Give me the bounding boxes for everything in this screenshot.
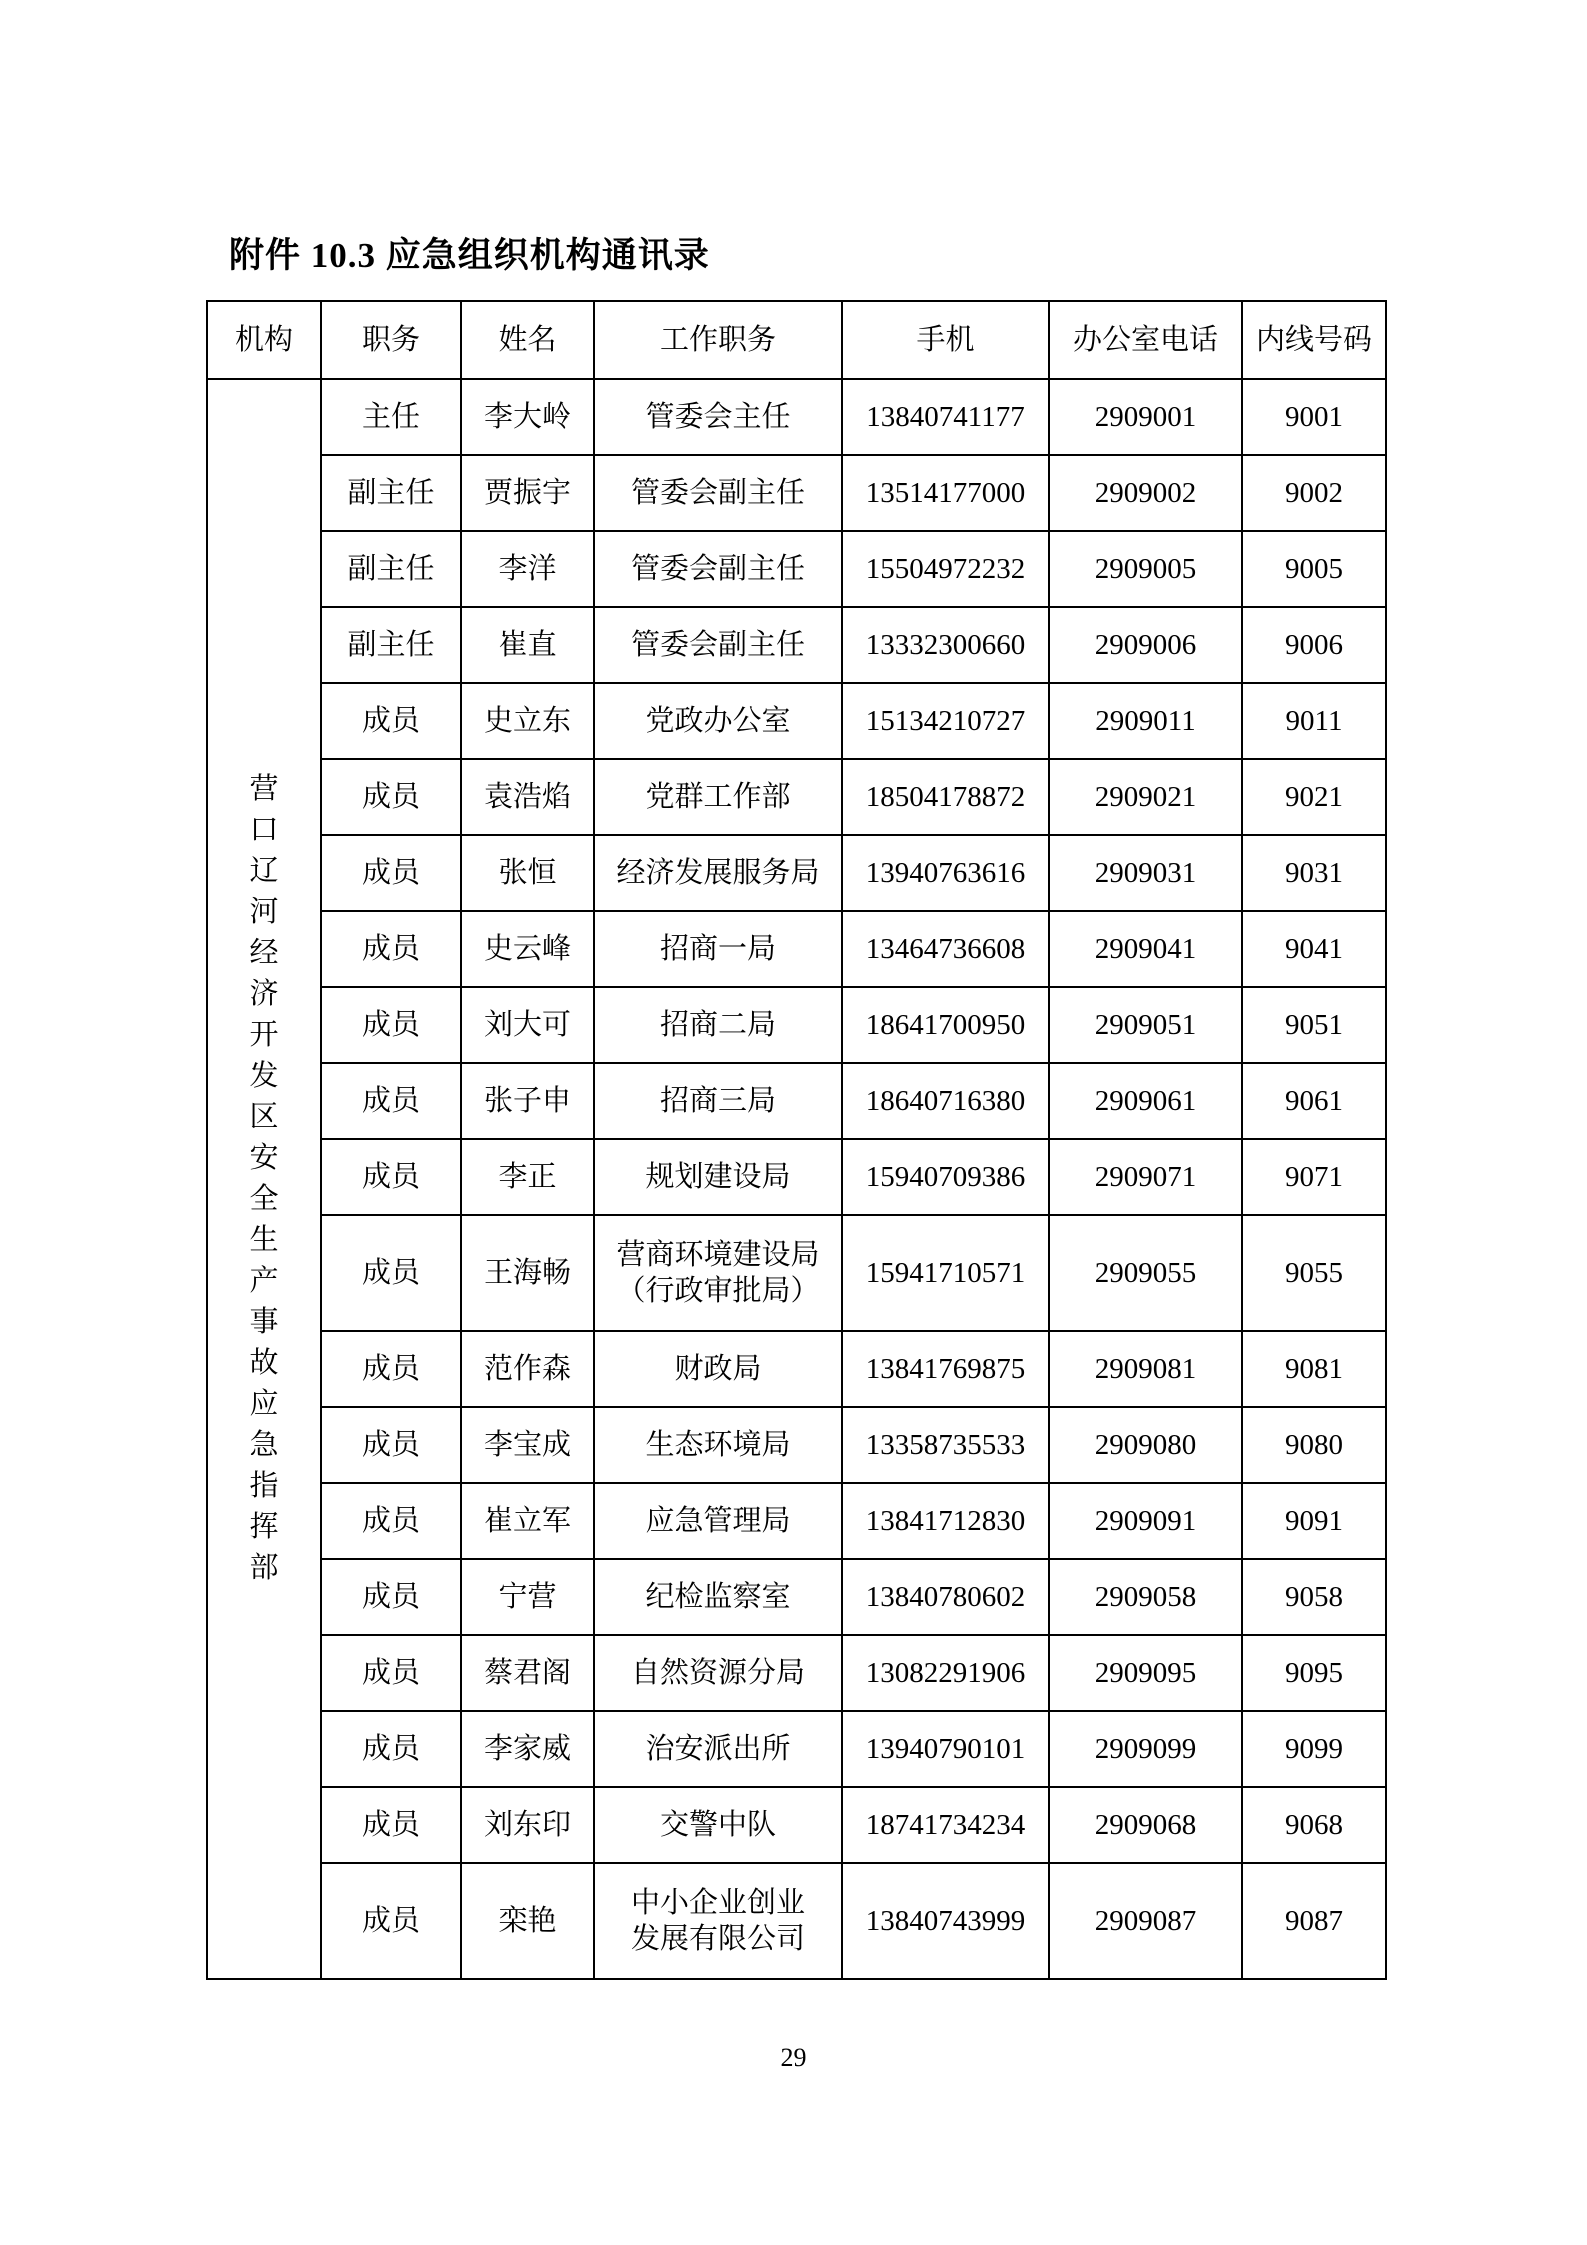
cell-duty: 成员 [321, 835, 461, 911]
table-row: 成员李家威治安派出所1394079010129090999099 [207, 1711, 1386, 1787]
cell-name: 宁营 [461, 1559, 594, 1635]
cell-job: 生态环境局 [594, 1407, 842, 1483]
col-header-organization: 机构 [207, 301, 321, 379]
col-header-office-phone: 办公室电话 [1049, 301, 1242, 379]
cell-job: 管委会副主任 [594, 455, 842, 531]
cell-job: 治安派出所 [594, 1711, 842, 1787]
table-row: 成员刘大可招商二局1864170095029090519051 [207, 987, 1386, 1063]
table-row: 成员张恒经济发展服务局1394076361629090319031 [207, 835, 1386, 911]
cell-extension: 9071 [1242, 1139, 1386, 1215]
cell-office_phone: 2909099 [1049, 1711, 1242, 1787]
cell-name: 李宝成 [461, 1407, 594, 1483]
table-header: 机构 职务 姓名 工作职务 手机 办公室电话 内线号码 [207, 301, 1386, 379]
cell-extension: 9051 [1242, 987, 1386, 1063]
cell-name: 崔直 [461, 607, 594, 683]
cell-office_phone: 2909061 [1049, 1063, 1242, 1139]
table-row: 成员史立东党政办公室1513421072729090119011 [207, 683, 1386, 759]
cell-mobile: 15940709386 [842, 1139, 1049, 1215]
cell-name: 史云峰 [461, 911, 594, 987]
cell-office_phone: 2909002 [1049, 455, 1242, 531]
table-row: 成员张子申招商三局1864071638029090619061 [207, 1063, 1386, 1139]
cell-job: 经济发展服务局 [594, 835, 842, 911]
col-header-job: 工作职务 [594, 301, 842, 379]
cell-name: 史立东 [461, 683, 594, 759]
cell-mobile: 15504972232 [842, 531, 1049, 607]
cell-name: 张子申 [461, 1063, 594, 1139]
table-row: 成员史云峰招商一局1346473660829090419041 [207, 911, 1386, 987]
cell-mobile: 18504178872 [842, 759, 1049, 835]
cell-duty: 副主任 [321, 531, 461, 607]
cell-office_phone: 2909058 [1049, 1559, 1242, 1635]
cell-name: 崔立军 [461, 1483, 594, 1559]
cell-mobile: 18641700950 [842, 987, 1049, 1063]
cell-duty: 成员 [321, 1483, 461, 1559]
cell-name: 李家威 [461, 1711, 594, 1787]
cell-duty: 成员 [321, 1407, 461, 1483]
cell-name: 王海畅 [461, 1215, 594, 1331]
table-row: 成员袁浩焰党群工作部1850417887229090219021 [207, 759, 1386, 835]
cell-duty: 成员 [321, 1063, 461, 1139]
cell-office_phone: 2909011 [1049, 683, 1242, 759]
cell-office_phone: 2909087 [1049, 1863, 1242, 1979]
cell-job: 招商一局 [594, 911, 842, 987]
cell-office_phone: 2909055 [1049, 1215, 1242, 1331]
cell-mobile: 13841769875 [842, 1331, 1049, 1407]
cell-job: 交警中队 [594, 1787, 842, 1863]
cell-name: 蔡君阁 [461, 1635, 594, 1711]
cell-job: 管委会主任 [594, 379, 842, 455]
table-row: 营口辽河经济开发区安全生产事故应急指挥部主任李大岭管委会主任1384074117… [207, 379, 1386, 455]
cell-job: 党政办公室 [594, 683, 842, 759]
cell-mobile: 13464736608 [842, 911, 1049, 987]
cell-duty: 成员 [321, 987, 461, 1063]
cell-extension: 9099 [1242, 1711, 1386, 1787]
cell-duty: 成员 [321, 1711, 461, 1787]
cell-extension: 9001 [1242, 379, 1386, 455]
cell-office_phone: 2909006 [1049, 607, 1242, 683]
cell-name: 张恒 [461, 835, 594, 911]
cell-office_phone: 2909051 [1049, 987, 1242, 1063]
cell-duty: 成员 [321, 911, 461, 987]
cell-duty: 副主任 [321, 455, 461, 531]
table-row: 成员王海畅营商环境建设局 （行政审批局）15941710571290905590… [207, 1215, 1386, 1331]
cell-duty: 成员 [321, 1215, 461, 1331]
cell-job: 规划建设局 [594, 1139, 842, 1215]
table-row: 副主任李洋管委会副主任1550497223229090059005 [207, 531, 1386, 607]
cell-duty: 成员 [321, 1635, 461, 1711]
table-row: 成员崔立军应急管理局1384171283029090919091 [207, 1483, 1386, 1559]
cell-duty: 副主任 [321, 607, 461, 683]
cell-extension: 9091 [1242, 1483, 1386, 1559]
cell-extension: 9087 [1242, 1863, 1386, 1979]
cell-extension: 9031 [1242, 835, 1386, 911]
header-row: 机构 职务 姓名 工作职务 手机 办公室电话 内线号码 [207, 301, 1386, 379]
cell-extension: 9041 [1242, 911, 1386, 987]
cell-office_phone: 2909005 [1049, 531, 1242, 607]
cell-extension: 9055 [1242, 1215, 1386, 1331]
cell-extension: 9011 [1242, 683, 1386, 759]
col-header-name: 姓名 [461, 301, 594, 379]
cell-job: 管委会副主任 [594, 531, 842, 607]
organization-cell: 营口辽河经济开发区安全生产事故应急指挥部 [207, 379, 321, 1979]
table-row: 成员范作森财政局1384176987529090819081 [207, 1331, 1386, 1407]
cell-mobile: 13332300660 [842, 607, 1049, 683]
cell-duty: 成员 [321, 683, 461, 759]
cell-extension: 9021 [1242, 759, 1386, 835]
cell-office_phone: 2909001 [1049, 379, 1242, 455]
col-header-mobile: 手机 [842, 301, 1049, 379]
cell-duty: 成员 [321, 1787, 461, 1863]
cell-mobile: 13841712830 [842, 1483, 1049, 1559]
cell-job: 纪检监察室 [594, 1559, 842, 1635]
cell-mobile: 13840741177 [842, 379, 1049, 455]
table-row: 成员李正规划建设局1594070938629090719071 [207, 1139, 1386, 1215]
cell-name: 栾艳 [461, 1863, 594, 1979]
cell-extension: 9061 [1242, 1063, 1386, 1139]
cell-mobile: 13082291906 [842, 1635, 1049, 1711]
cell-mobile: 18640716380 [842, 1063, 1049, 1139]
cell-name: 袁浩焰 [461, 759, 594, 835]
col-header-duty: 职务 [321, 301, 461, 379]
cell-mobile: 15941710571 [842, 1215, 1049, 1331]
table-row: 成员栾艳中小企业创业 发展有限公司1384074399929090879087 [207, 1863, 1386, 1979]
cell-job: 中小企业创业 发展有限公司 [594, 1863, 842, 1979]
cell-extension: 9005 [1242, 531, 1386, 607]
cell-duty: 主任 [321, 379, 461, 455]
contact-table: 机构 职务 姓名 工作职务 手机 办公室电话 内线号码 营口辽河经济开发区安全生… [206, 300, 1387, 1980]
cell-name: 李洋 [461, 531, 594, 607]
page-number: 29 [0, 2043, 1587, 2073]
cell-name: 贾振宇 [461, 455, 594, 531]
cell-job: 营商环境建设局 （行政审批局） [594, 1215, 842, 1331]
cell-mobile: 13840780602 [842, 1559, 1049, 1635]
cell-extension: 9068 [1242, 1787, 1386, 1863]
cell-name: 李正 [461, 1139, 594, 1215]
cell-name: 李大岭 [461, 379, 594, 455]
cell-job: 招商三局 [594, 1063, 842, 1139]
cell-job: 自然资源分局 [594, 1635, 842, 1711]
cell-job: 党群工作部 [594, 759, 842, 835]
table-row: 成员宁营纪检监察室1384078060229090589058 [207, 1559, 1386, 1635]
col-header-extension: 内线号码 [1242, 301, 1386, 379]
document-page: 附件 10.3 应急组织机构通讯录 机构 职务 姓名 工作职务 手机 办公室电话… [0, 0, 1587, 2245]
cell-mobile: 13840743999 [842, 1863, 1049, 1979]
cell-extension: 9006 [1242, 607, 1386, 683]
cell-duty: 成员 [321, 1559, 461, 1635]
cell-name: 刘大可 [461, 987, 594, 1063]
cell-office_phone: 2909091 [1049, 1483, 1242, 1559]
cell-office_phone: 2909031 [1049, 835, 1242, 911]
cell-mobile: 13940763616 [842, 835, 1049, 911]
cell-mobile: 13358735533 [842, 1407, 1049, 1483]
cell-duty: 成员 [321, 1139, 461, 1215]
cell-name: 范作森 [461, 1331, 594, 1407]
cell-mobile: 13940790101 [842, 1711, 1049, 1787]
cell-job: 应急管理局 [594, 1483, 842, 1559]
table-body: 营口辽河经济开发区安全生产事故应急指挥部主任李大岭管委会主任1384074117… [207, 379, 1386, 1979]
cell-job: 管委会副主任 [594, 607, 842, 683]
cell-extension: 9081 [1242, 1331, 1386, 1407]
cell-mobile: 15134210727 [842, 683, 1049, 759]
table-row: 副主任崔直管委会副主任1333230066029090069006 [207, 607, 1386, 683]
cell-extension: 9058 [1242, 1559, 1386, 1635]
cell-mobile: 13514177000 [842, 455, 1049, 531]
cell-duty: 成员 [321, 1863, 461, 1979]
organization-name: 营口辽河经济开发区安全生产事故应急指挥部 [249, 769, 279, 1589]
cell-office_phone: 2909080 [1049, 1407, 1242, 1483]
cell-job: 招商二局 [594, 987, 842, 1063]
cell-office_phone: 2909068 [1049, 1787, 1242, 1863]
cell-office_phone: 2909041 [1049, 911, 1242, 987]
table-row: 成员刘东印交警中队1874173423429090689068 [207, 1787, 1386, 1863]
cell-office_phone: 2909095 [1049, 1635, 1242, 1711]
cell-office_phone: 2909071 [1049, 1139, 1242, 1215]
cell-office_phone: 2909081 [1049, 1331, 1242, 1407]
cell-mobile: 18741734234 [842, 1787, 1049, 1863]
cell-extension: 9080 [1242, 1407, 1386, 1483]
cell-extension: 9002 [1242, 455, 1386, 531]
cell-duty: 成员 [321, 1331, 461, 1407]
table-row: 副主任贾振宇管委会副主任1351417700029090029002 [207, 455, 1386, 531]
page-title: 附件 10.3 应急组织机构通讯录 [229, 228, 710, 278]
cell-extension: 9095 [1242, 1635, 1386, 1711]
cell-duty: 成员 [321, 759, 461, 835]
table-row: 成员蔡君阁自然资源分局1308229190629090959095 [207, 1635, 1386, 1711]
cell-office_phone: 2909021 [1049, 759, 1242, 835]
cell-name: 刘东印 [461, 1787, 594, 1863]
table-row: 成员李宝成生态环境局1335873553329090809080 [207, 1407, 1386, 1483]
cell-job: 财政局 [594, 1331, 842, 1407]
